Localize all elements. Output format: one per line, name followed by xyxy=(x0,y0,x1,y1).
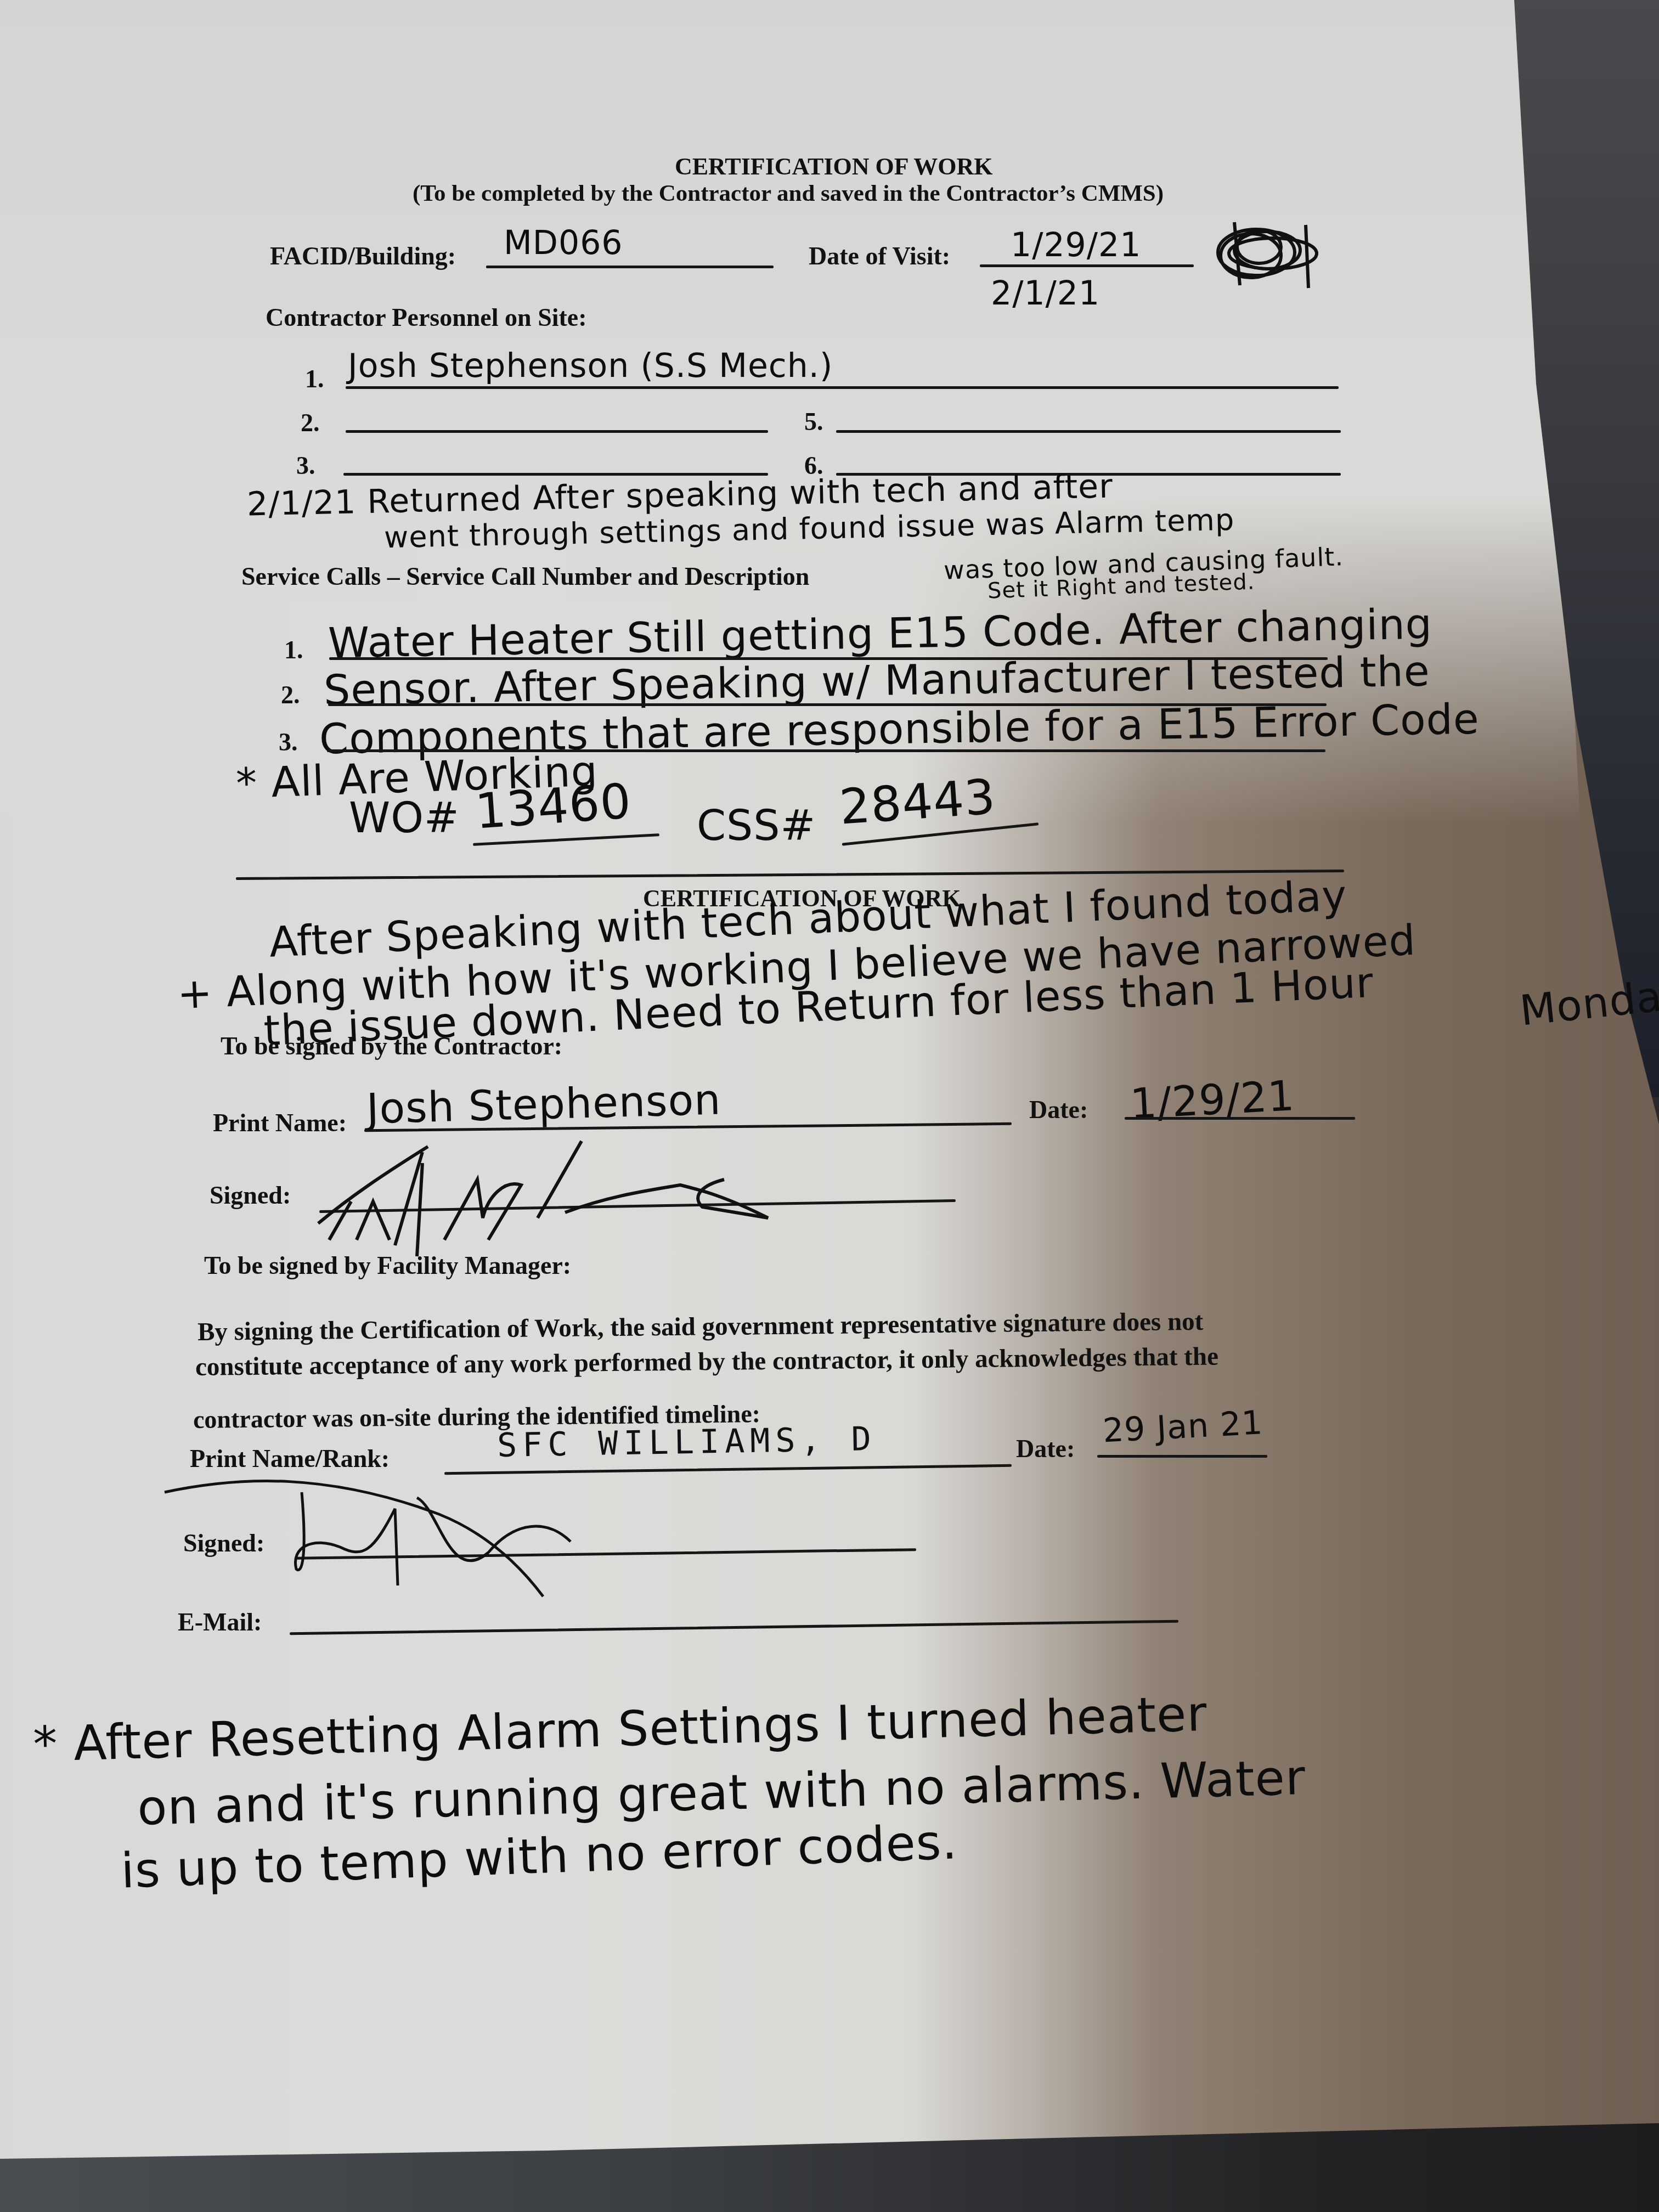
contractor-signature[interactable] xyxy=(307,1130,966,1262)
service-call-num-3: 3. xyxy=(279,727,298,757)
fm-date-label: Date: xyxy=(1016,1434,1075,1463)
scribbled-out-date xyxy=(1190,219,1344,291)
personnel-5-underline[interactable] xyxy=(836,430,1341,433)
contractor-signed-label: Signed: xyxy=(210,1181,291,1210)
email-label: E-Mail: xyxy=(178,1607,262,1637)
wo-label: WO# xyxy=(349,793,460,842)
fm-sign-label: To be signed by Facility Manager: xyxy=(204,1251,571,1280)
personnel-num-2: 2. xyxy=(301,408,320,437)
print-name-rank-label: Print Name/Rank: xyxy=(190,1444,390,1473)
service-call-num-1: 1. xyxy=(284,635,303,664)
css-label: CSS# xyxy=(697,801,816,850)
form-title: CERTIFICATION OF WORK xyxy=(675,153,992,180)
personnel-num-3: 3. xyxy=(296,451,315,480)
personnel-2-underline[interactable] xyxy=(346,430,768,433)
contractor-sign-label: To be signed by the Contractor: xyxy=(221,1031,562,1060)
date-of-visit-underline xyxy=(980,264,1194,267)
personnel-label: Contractor Personnel on Site: xyxy=(266,303,587,332)
fm-signature[interactable] xyxy=(132,1476,790,1596)
facid-value[interactable]: MD066 xyxy=(504,224,623,262)
service-calls-label: Service Calls – Service Call Number and … xyxy=(241,562,809,591)
facid-label: FACID/Building: xyxy=(270,241,456,270)
date-of-visit-label: Date of Visit: xyxy=(809,241,950,270)
personnel-num-5: 5. xyxy=(804,407,823,436)
contractor-date-value[interactable]: 1/29/21 xyxy=(1129,1071,1296,1128)
personnel-1-value[interactable]: Josh Stephenson (S.S Mech.) xyxy=(348,347,833,385)
wo-value[interactable]: 13460 xyxy=(473,772,633,840)
date-of-visit-value-2[interactable]: 2/1/21 xyxy=(991,274,1100,313)
contractor-date-label: Date: xyxy=(1029,1095,1088,1124)
service-call-num-2: 2. xyxy=(281,680,300,709)
print-name-rank-value[interactable]: SFC WILLIAMS, D xyxy=(496,1420,877,1465)
contractor-date-underline xyxy=(1125,1117,1355,1120)
fm-date-underline xyxy=(1097,1455,1267,1458)
css-value[interactable]: 28443 xyxy=(838,768,997,836)
personnel-num-1: 1. xyxy=(305,364,324,393)
date-of-visit-value[interactable]: 1/29/21 xyxy=(1011,226,1141,264)
facid-underline xyxy=(486,266,774,268)
form-subtitle: (To be completed by the Contractor and s… xyxy=(413,180,1164,207)
print-name-value[interactable]: Josh Stephenson xyxy=(366,1075,721,1133)
personnel-1-underline xyxy=(346,386,1339,389)
